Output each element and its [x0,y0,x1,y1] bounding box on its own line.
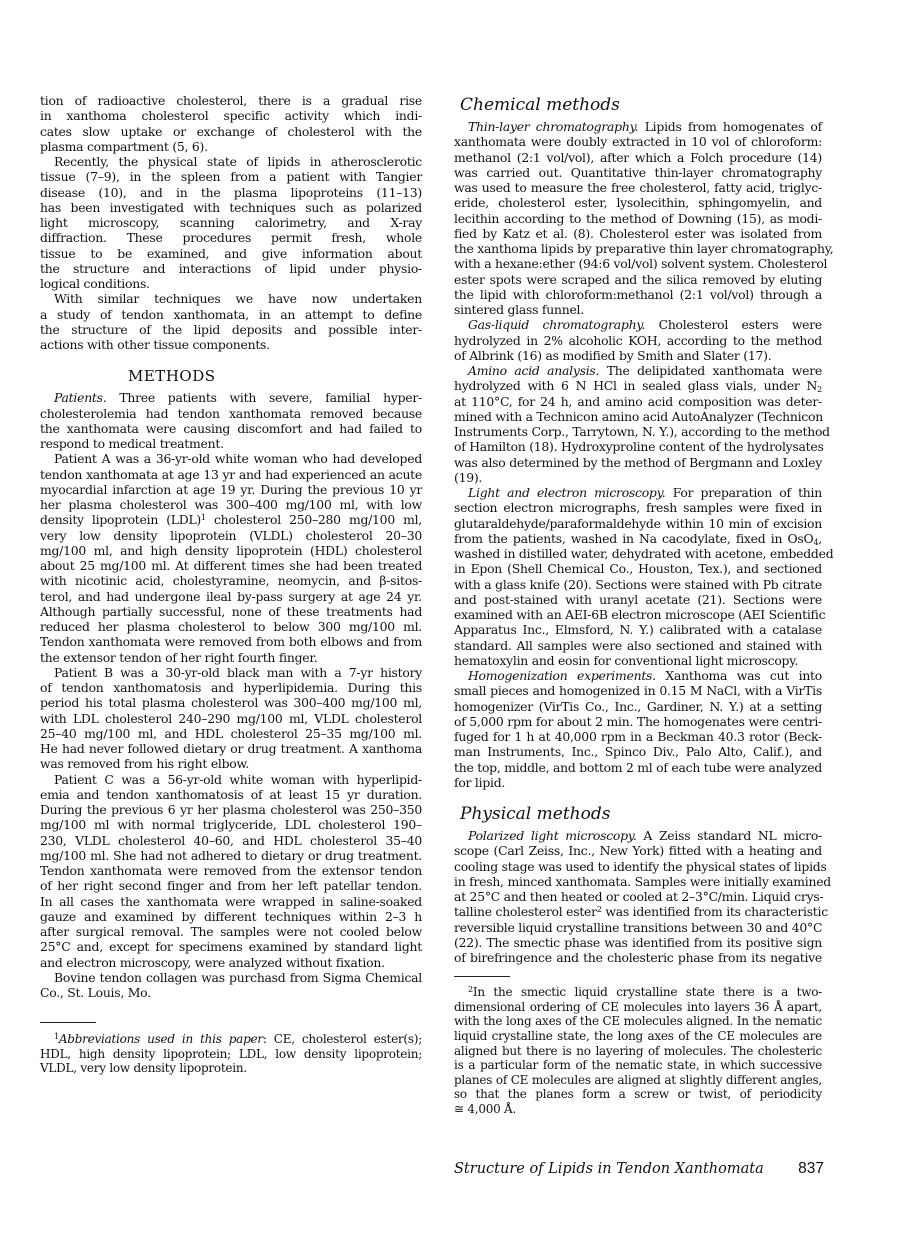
text-line: with a hexane:ether (94:6 vol/vol) solve… [454,256,822,271]
subsection-heading-chemical-methods: Chemical methods [454,93,822,117]
run-in-heading-tlc: Thin-layer chromatography. [468,119,638,134]
text-line: respond to medical treatment. [40,436,422,451]
bovine-collagen-paragraph: Bovine tendon collagen was purchasd from… [40,970,422,1001]
text-line: Although partially successful, none of t… [40,604,422,619]
text-line: diffraction. These procedures permit fre… [40,230,422,245]
text-line: the lipid with chloroform:methanol (2:1 … [454,287,822,302]
text-line: mg/100 ml with normal triglyceride, LDL … [40,817,422,832]
text-line: scope (Carl Zeiss, Inc., New York) fitte… [454,843,822,858]
text-line: ester spots were scraped and the silica … [454,272,822,287]
subsection-heading-physical-methods: Physical methods [454,802,822,826]
text-line: eride, cholesterol ester, lysolecithin, … [454,195,822,210]
text-line: has been investigated with techniques su… [40,200,422,215]
text-line: Polarized light microscopy. A Zeiss stan… [454,828,822,843]
text-line: emia and tendon xanthomatosis of at leas… [40,787,422,802]
run-in-heading-amino-acid: Amino acid analysis. [468,363,599,378]
text-line: xanthomata were doubly extracted in 10 v… [454,134,822,149]
text-run: Lipids from homogenates of [638,119,822,134]
run-in-heading-polarized: Polarized light microscopy. [468,828,637,843]
text-line: HDL, high density lipoprotein; LDL, low … [40,1047,422,1062]
text-line: VLDL, very low density lipoprotein. [40,1061,422,1076]
text-line: (19). [454,470,822,485]
text-line: gauze and examined by different techniqu… [40,909,422,924]
text-line: at 25°C and then heated or cooled at 2–3… [454,889,822,904]
footnote-divider [454,976,510,977]
text-line: with LDL cholesterol 240–290 mg/100 ml, … [40,711,422,726]
text-line: of birefringence and the cholesteric pha… [454,950,822,965]
text-line: logical conditions. [40,276,422,291]
subscript: 2 [817,385,822,394]
footnote-divider [40,1022,96,1023]
text-line: aligned but there is no layering of mole… [454,1044,822,1059]
right-column: Chemical methods Thin-layer chromatograp… [454,93,822,1117]
text-line: of tendon xanthomatosis and hyperlipidem… [40,680,422,695]
text-line: in Epon (Shell Chemical Co., Houston, Te… [454,561,822,576]
running-footer: Structure of Lipids in Tendon Xanthomata… [454,1161,822,1181]
text-line: in xanthoma cholesterol specific activit… [40,108,422,123]
text-line: Light and electron microscopy. For prepa… [454,485,822,500]
left-column: tion of radioactive cholesterol, there i… [40,93,422,1076]
text-line: a study of tendon xanthomata, in an atte… [40,307,422,322]
section-heading-methods: METHODS [40,365,422,387]
text-line: washed in distilled water, dehydrated wi… [454,546,822,561]
text-run: , [818,531,822,546]
text-line: the extensor tendon of her right fourth … [40,650,422,665]
text-line: light microscopy, scanning calorimetry, … [40,215,422,230]
text-line: He had never followed dietary or drug tr… [40,741,422,756]
text-run: A Zeiss standard NL micro- [637,828,822,843]
text-line: tion of radioactive cholesterol, there i… [40,93,422,108]
text-line: Recently, the physical state of lipids i… [40,154,422,169]
intro-paragraph-1: tion of radioactive cholesterol, there i… [40,93,422,154]
text-line: Thin-layer chromatography. Lipids from h… [454,119,822,134]
journal-page: tion of radioactive cholesterol, there i… [0,0,898,1247]
footnote-2: 2In the smectic liquid crystalline state… [454,976,822,1116]
text-line: glutaraldehyde/paraformaldehyde within 1… [454,516,822,531]
text-line: mined with a Technicon amino acid AutoAn… [454,409,822,424]
text-run: Three patients with severe, familial hyp… [106,390,422,405]
text-line: hydrolyzed in 2% alcoholic KOH, accordin… [454,333,822,348]
text-line: after surgical removal. The samples were… [40,924,422,939]
text-line: of Albrink (16) as modified by Smith and… [454,348,822,363]
text-line: was carried out. Quantitative thin-layer… [454,165,822,180]
text-line: Apparatus Inc., Elmsford, N. Y.) calibra… [454,622,822,637]
text-line: her plasma cholesterol was 300–400 mg/10… [40,497,422,512]
text-line: methanol (2:1 vol/vol), after which a Fo… [454,150,822,165]
text-run: density lipoprotein (LDL) [40,512,201,527]
text-line: ≅ 4,000 Å. [454,1102,822,1117]
footnote-label: Abbreviations used in this paper [59,1032,263,1046]
text-line: with nicotinic acid, cholestyramine, neo… [40,573,422,588]
patient-a-paragraph: Patient A was a 36-yr-old white woman wh… [40,451,422,665]
text-line: 230, VLDL cholesterol 40–60, and HDL cho… [40,833,422,848]
running-title: Structure of Lipids in Tendon Xanthomata [454,1161,764,1177]
text-line: of Hamilton (18). Hydroxyproline content… [454,439,822,454]
text-line: terol, and had undergone ileal by-pass s… [40,589,422,604]
text-run: The delipidated xanthomata were [599,363,822,378]
text-run: hydrolyzed with 6 N HCl in sealed glass … [454,378,817,393]
text-line: Homogenization experiments. Xanthoma was… [454,668,822,683]
text-line: the structure and interactions of lipid … [40,261,422,276]
intro-paragraph-2: Recently, the physical state of lipids i… [40,154,422,291]
text-line: Co., St. Louis, Mo. [40,985,422,1000]
text-line: with a glass knife (20). Sections were s… [454,577,822,592]
patient-c-paragraph: Patient C was a 56-yr-old white woman wi… [40,772,422,970]
intro-paragraph-3: With similar techniques we have now unde… [40,291,422,352]
text-run: talline cholesterol ester [454,904,597,919]
text-line: plasma compartment (5, 6). [40,139,422,154]
text-line: Patients. Three patients with severe, fa… [40,390,422,405]
text-line: fied by Katz et al. (8). Cholesterol est… [454,226,822,241]
text-line: hydrolyzed with 6 N HCl in sealed glass … [454,378,822,393]
text-line: 1Abbreviations used in this paper: CE, c… [40,1032,422,1047]
text-line: actions with other tissue components. [40,337,422,352]
text-line: During the previous 6 yr her plasma chol… [40,802,422,817]
amino-acid-paragraph: Amino acid analysis. The delipidated xan… [454,363,822,485]
page-number: 837 [798,1160,824,1178]
text-line: 25°C and, except for specimens examined … [40,939,422,954]
text-run: from the patients, washed in Na cacodyla… [454,531,813,546]
text-line: period his total plasma cholesterol was … [40,695,422,710]
text-line: the structure of the lipid deposits and … [40,322,422,337]
text-line: with the long axes of the CE molecules a… [454,1014,822,1029]
run-in-heading-homogenization: Homogenization experiments. [468,668,656,683]
text-line: the xanthoma lipids by preparative thin … [454,241,822,256]
run-in-heading-patients: Patients. [54,390,106,405]
text-line: talline cholesterol ester2 was identifie… [454,904,822,919]
run-in-heading-microscopy: Light and electron microscopy. [468,485,665,500]
text-line: disease (10), and in the plasma lipoprot… [40,185,422,200]
text-run: For preparation of thin [665,485,822,500]
text-line: 2In the smectic liquid crystalline state… [454,985,822,1000]
text-line: Patient C was a 56-yr-old white woman wi… [40,772,422,787]
text-line: reversible liquid crystalline transition… [454,920,822,935]
text-line: Gas-liquid chromatography. Cholesterol e… [454,317,822,332]
text-run: : CE, cholesterol ester(s); [263,1032,422,1046]
text-line: Patient B was a 30-yr-old black man with… [40,665,422,680]
text-line: in fresh, minced xanthomata. Samples wer… [454,874,822,889]
text-line: Patient A was a 36-yr-old white woman wh… [40,451,422,466]
text-line: and post-stained with uranyl acetate (21… [454,592,822,607]
text-line: In all cases the xanthomata were wrapped… [40,894,422,909]
text-line: very low density lipoprotein (VLDL) chol… [40,528,422,543]
text-line: liquid crystalline state, the long axes … [454,1029,822,1044]
text-line: (22). The smectic phase was identified f… [454,935,822,950]
text-line: of 5,000 rpm for about 2 min. The homoge… [454,714,822,729]
text-line: from the patients, washed in Na cacodyla… [454,531,822,546]
text-run: Xanthoma was cut into [656,668,822,683]
text-line: for lipid. [454,775,822,790]
text-run: cholesterol 250–280 mg/100 ml, [206,512,422,527]
text-line: lecithin according to the method of Down… [454,211,822,226]
text-line: density lipoprotein (LDL)1 cholesterol 2… [40,512,422,527]
patients-paragraph: Patients. Three patients with severe, fa… [40,390,422,451]
text-line: Bovine tendon collagen was purchasd from… [40,970,422,985]
text-line: tendon xanthomata at age 13 yr and had e… [40,467,422,482]
text-line: sintered glass funnel. [454,302,822,317]
text-line: homogenizer (VirTis Co., Inc., Gardiner,… [454,699,822,714]
text-line: was also determined by the method of Ber… [454,455,822,470]
text-run: was identified from its characteristic [602,904,828,919]
text-line: mg/100 ml. She had not adhered to dietar… [40,848,422,863]
text-line: tissue to be examined, and give informat… [40,246,422,261]
text-line: hematoxylin and eosin for conventional l… [454,653,822,668]
text-line: cooling stage was used to identify the p… [454,859,822,874]
text-line: fuged for 1 h at 40,000 rpm in a Beckman… [454,729,822,744]
text-line: Instruments Corp., Tarrytown, N. Y.), ac… [454,424,822,439]
text-line: standard. All samples were also sectione… [454,638,822,653]
text-line: at 110°C, for 24 h, and amino acid compo… [454,394,822,409]
text-line: and electron microscopy, were analyzed w… [40,955,422,970]
text-line: section electron micrographs, fresh samp… [454,500,822,515]
text-line: Tendon xanthomata were removed from both… [40,634,422,649]
text-line: small pieces and homogenized in 0.15 M N… [454,683,822,698]
text-line: Amino acid analysis. The delipidated xan… [454,363,822,378]
text-line: so that the planes form a screw or twist… [454,1087,822,1102]
text-line: dimensional ordering of CE molecules int… [454,1000,822,1015]
run-in-heading-glc: Gas-liquid chromatography. [468,317,645,332]
text-run: Cholesterol esters were [645,317,822,332]
text-line: 25–40 mg/100 ml, and HDL cholesterol 25–… [40,726,422,741]
tlc-paragraph: Thin-layer chromatography. Lipids from h… [454,119,822,317]
text-line: cates slow uptake or exchange of cholest… [40,124,422,139]
homogenization-paragraph: Homogenization experiments. Xanthoma was… [454,668,822,790]
text-line: the xanthomata were causing discomfort a… [40,421,422,436]
text-line: examined with an AEI-6B electron microsc… [454,607,822,622]
text-line: of her right second finger and from her … [40,878,422,893]
text-line: mg/100 ml, and high density lipoprotein … [40,543,422,558]
text-line: tissue (7–9), in the spleen from a patie… [40,169,422,184]
text-line: planes of CE molecules are aligned at sl… [454,1073,822,1088]
text-run: In the smectic liquid crystalline state … [473,985,822,999]
text-line: was used to measure the free cholesterol… [454,180,822,195]
text-line: myocardial infarction at age 19 yr. Duri… [40,482,422,497]
text-line: is a particular form of the nematic stat… [454,1058,822,1073]
footnote-1: 1Abbreviations used in this paper: CE, c… [40,1022,422,1076]
patient-b-paragraph: Patient B was a 30-yr-old black man with… [40,665,422,772]
microscopy-paragraph: Light and electron microscopy. For prepa… [454,485,822,668]
text-line: about 25 mg/100 ml. At different times s… [40,558,422,573]
text-line: cholesterolemia had tendon xanthomata re… [40,406,422,421]
text-line: With similar techniques we have now unde… [40,291,422,306]
text-line: reduced her plasma cholesterol to below … [40,619,422,634]
text-line: Tendon xanthomata were removed from the … [40,863,422,878]
text-line: the top, middle, and bottom 2 ml of each… [454,760,822,775]
text-line: man Instruments, Inc., Spinco Div., Palo… [454,744,822,759]
glc-paragraph: Gas-liquid chromatography. Cholesterol e… [454,317,822,363]
polarized-microscopy-paragraph: Polarized light microscopy. A Zeiss stan… [454,828,822,965]
text-line: was removed from his right elbow. [40,756,422,771]
